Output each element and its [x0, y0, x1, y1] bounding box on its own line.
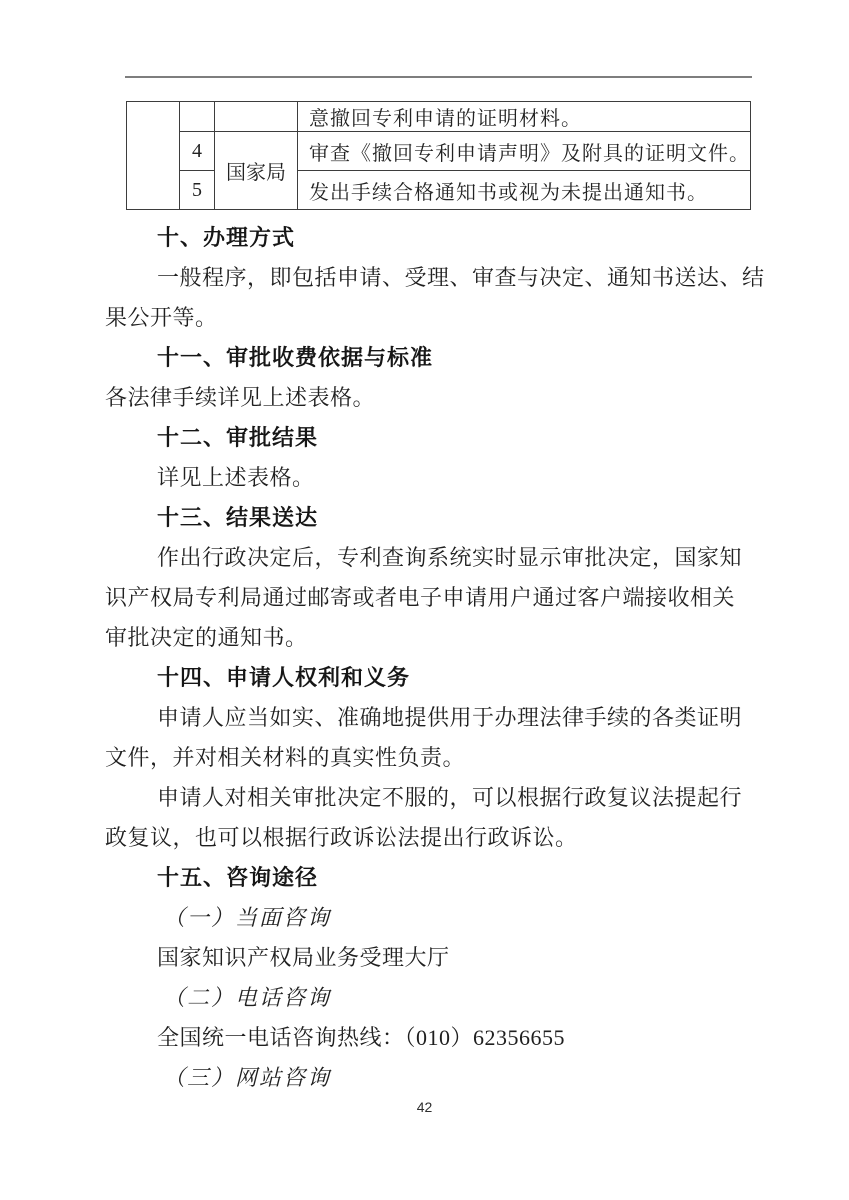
document-body: 十、办理方式 一般程序，即包括申请、受理、审查与决定、通知书送达、结 果公开等。… [105, 218, 759, 1098]
section-heading-12: 十二、审批结果 [105, 418, 759, 458]
paragraph-line: 申请人应当如实、准确地提供用于办理法律手续的各类证明 [105, 698, 759, 738]
section-heading-14: 十四、申请人权利和义务 [105, 658, 759, 698]
paragraph-line: 申请人对相关审批决定不服的，可以根据行政复议法提起行 [105, 778, 759, 818]
section-heading-10: 十、办理方式 [105, 218, 759, 258]
header-rule [125, 76, 752, 78]
table-cell-step-no: 4 [180, 132, 215, 171]
consult-channel-2-value: 全国统一电话咨询热线：（010）62356655 [105, 1018, 759, 1058]
table-cell-action: 发出手续合格通知书或视为未提出通知书。 [298, 171, 751, 210]
procedure-table: 意撤回专利申请的证明材料。 4 国家局 审查《撤回专利申请声明》及附具的证明文件… [126, 101, 751, 210]
paragraph-line: 政复议，也可以根据行政诉讼法提出行政诉讼。 [105, 818, 759, 858]
paragraph-line: 作出行政决定后，专利查询系统实时显示审批决定，国家知 [105, 538, 759, 578]
paragraph-line: 详见上述表格。 [105, 458, 759, 498]
table-cell-agency-merged: 国家局 [215, 132, 298, 210]
table-cell-action: 审查《撤回专利申请声明》及附具的证明文件。 [298, 132, 751, 171]
paragraph-line: 审批决定的通知书。 [105, 618, 759, 658]
consult-channel-1-value: 国家知识产权局业务受理大厅 [105, 938, 759, 978]
page-number: 42 [0, 1099, 849, 1115]
paragraph-line: 各法律手续详见上述表格。 [105, 378, 759, 418]
consult-channel-2-label: （二）电话咨询 [105, 978, 759, 1018]
paragraph-line: 一般程序，即包括申请、受理、审查与决定、通知书送达、结 [105, 258, 759, 298]
paragraph-line: 果公开等。 [105, 298, 759, 338]
table-row: 4 国家局 审查《撤回专利申请声明》及附具的证明文件。 [127, 132, 751, 171]
table-cell-action: 意撤回专利申请的证明材料。 [298, 102, 751, 132]
consult-channel-3-label: （三）网站咨询 [105, 1058, 759, 1098]
section-heading-15: 十五、咨询途径 [105, 858, 759, 898]
section-heading-13: 十三、结果送达 [105, 498, 759, 538]
consult-channel-1-label: （一）当面咨询 [105, 898, 759, 938]
table-cell-agency [215, 102, 298, 132]
table-cell-step-no: 5 [180, 171, 215, 210]
table-cell-left-merged [127, 102, 180, 210]
paragraph-line: 文件，并对相关材料的真实性负责。 [105, 738, 759, 778]
document-page: 意撤回专利申请的证明材料。 4 国家局 审查《撤回专利申请声明》及附具的证明文件… [0, 0, 849, 1200]
table-row: 意撤回专利申请的证明材料。 [127, 102, 751, 132]
table-cell-step-no [180, 102, 215, 132]
section-heading-11: 十一、审批收费依据与标准 [105, 338, 759, 378]
paragraph-line: 识产权局专利局通过邮寄或者电子申请用户通过客户端接收相关 [105, 578, 759, 618]
